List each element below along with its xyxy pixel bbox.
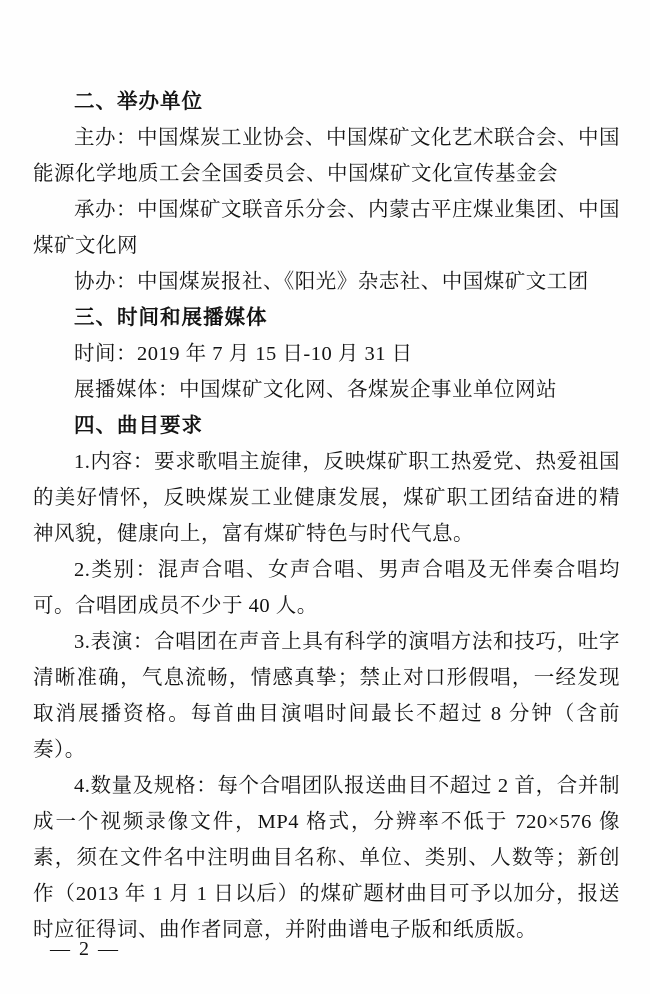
heading-repertoire-rules: 四、曲目要求	[33, 408, 620, 444]
document-page: 二、举办单位 主办：中国煤炭工业协会、中国煤矿文化艺术联合会、中国能源化学地质工…	[0, 0, 650, 994]
paragraph-host-organizers: 主办：中国煤炭工业协会、中国煤矿文化艺术联合会、中国能源化学地质工会全国委员会、…	[33, 120, 620, 192]
paragraph-time: 时间：2019 年 7 月 15 日-10 月 31 日	[33, 336, 620, 372]
document-body: 二、举办单位 主办：中国煤炭工业协会、中国煤矿文化艺术联合会、中国能源化学地质工…	[33, 84, 620, 948]
paragraph-rule-4-quantity-spec: 4.数量及规格：每个合唱团队报送曲目不超过 2 首，合并制成一个视频录像文件，M…	[33, 768, 620, 948]
paragraph-broadcast-media: 展播媒体：中国煤矿文化网、各煤炭企事业单位网站	[33, 372, 620, 408]
page-number: — 2 —	[50, 938, 120, 961]
heading-time-and-media: 三、时间和展播媒体	[33, 300, 620, 336]
paragraph-undertakers: 承办：中国煤矿文联音乐分会、内蒙古平庄煤业集团、中国煤矿文化网	[33, 192, 620, 264]
paragraph-rule-2-category: 2.类别：混声合唱、女声合唱、男声合唱及无伴奏合唱均可。合唱团成员不少于 40 …	[33, 552, 620, 624]
paragraph-rule-3-performance: 3.表演：合唱团在声音上具有科学的演唱方法和技巧，吐字清晰准确，气息流畅，情感真…	[33, 624, 620, 768]
paragraph-co-organizers: 协办：中国煤炭报社、《阳光》杂志社、中国煤矿文工团	[33, 264, 620, 300]
heading-organizing-units: 二、举办单位	[33, 84, 620, 120]
paragraph-rule-1-content: 1.内容：要求歌唱主旋律，反映煤矿职工热爱党、热爱祖国的美好情怀，反映煤炭工业健…	[33, 444, 620, 552]
